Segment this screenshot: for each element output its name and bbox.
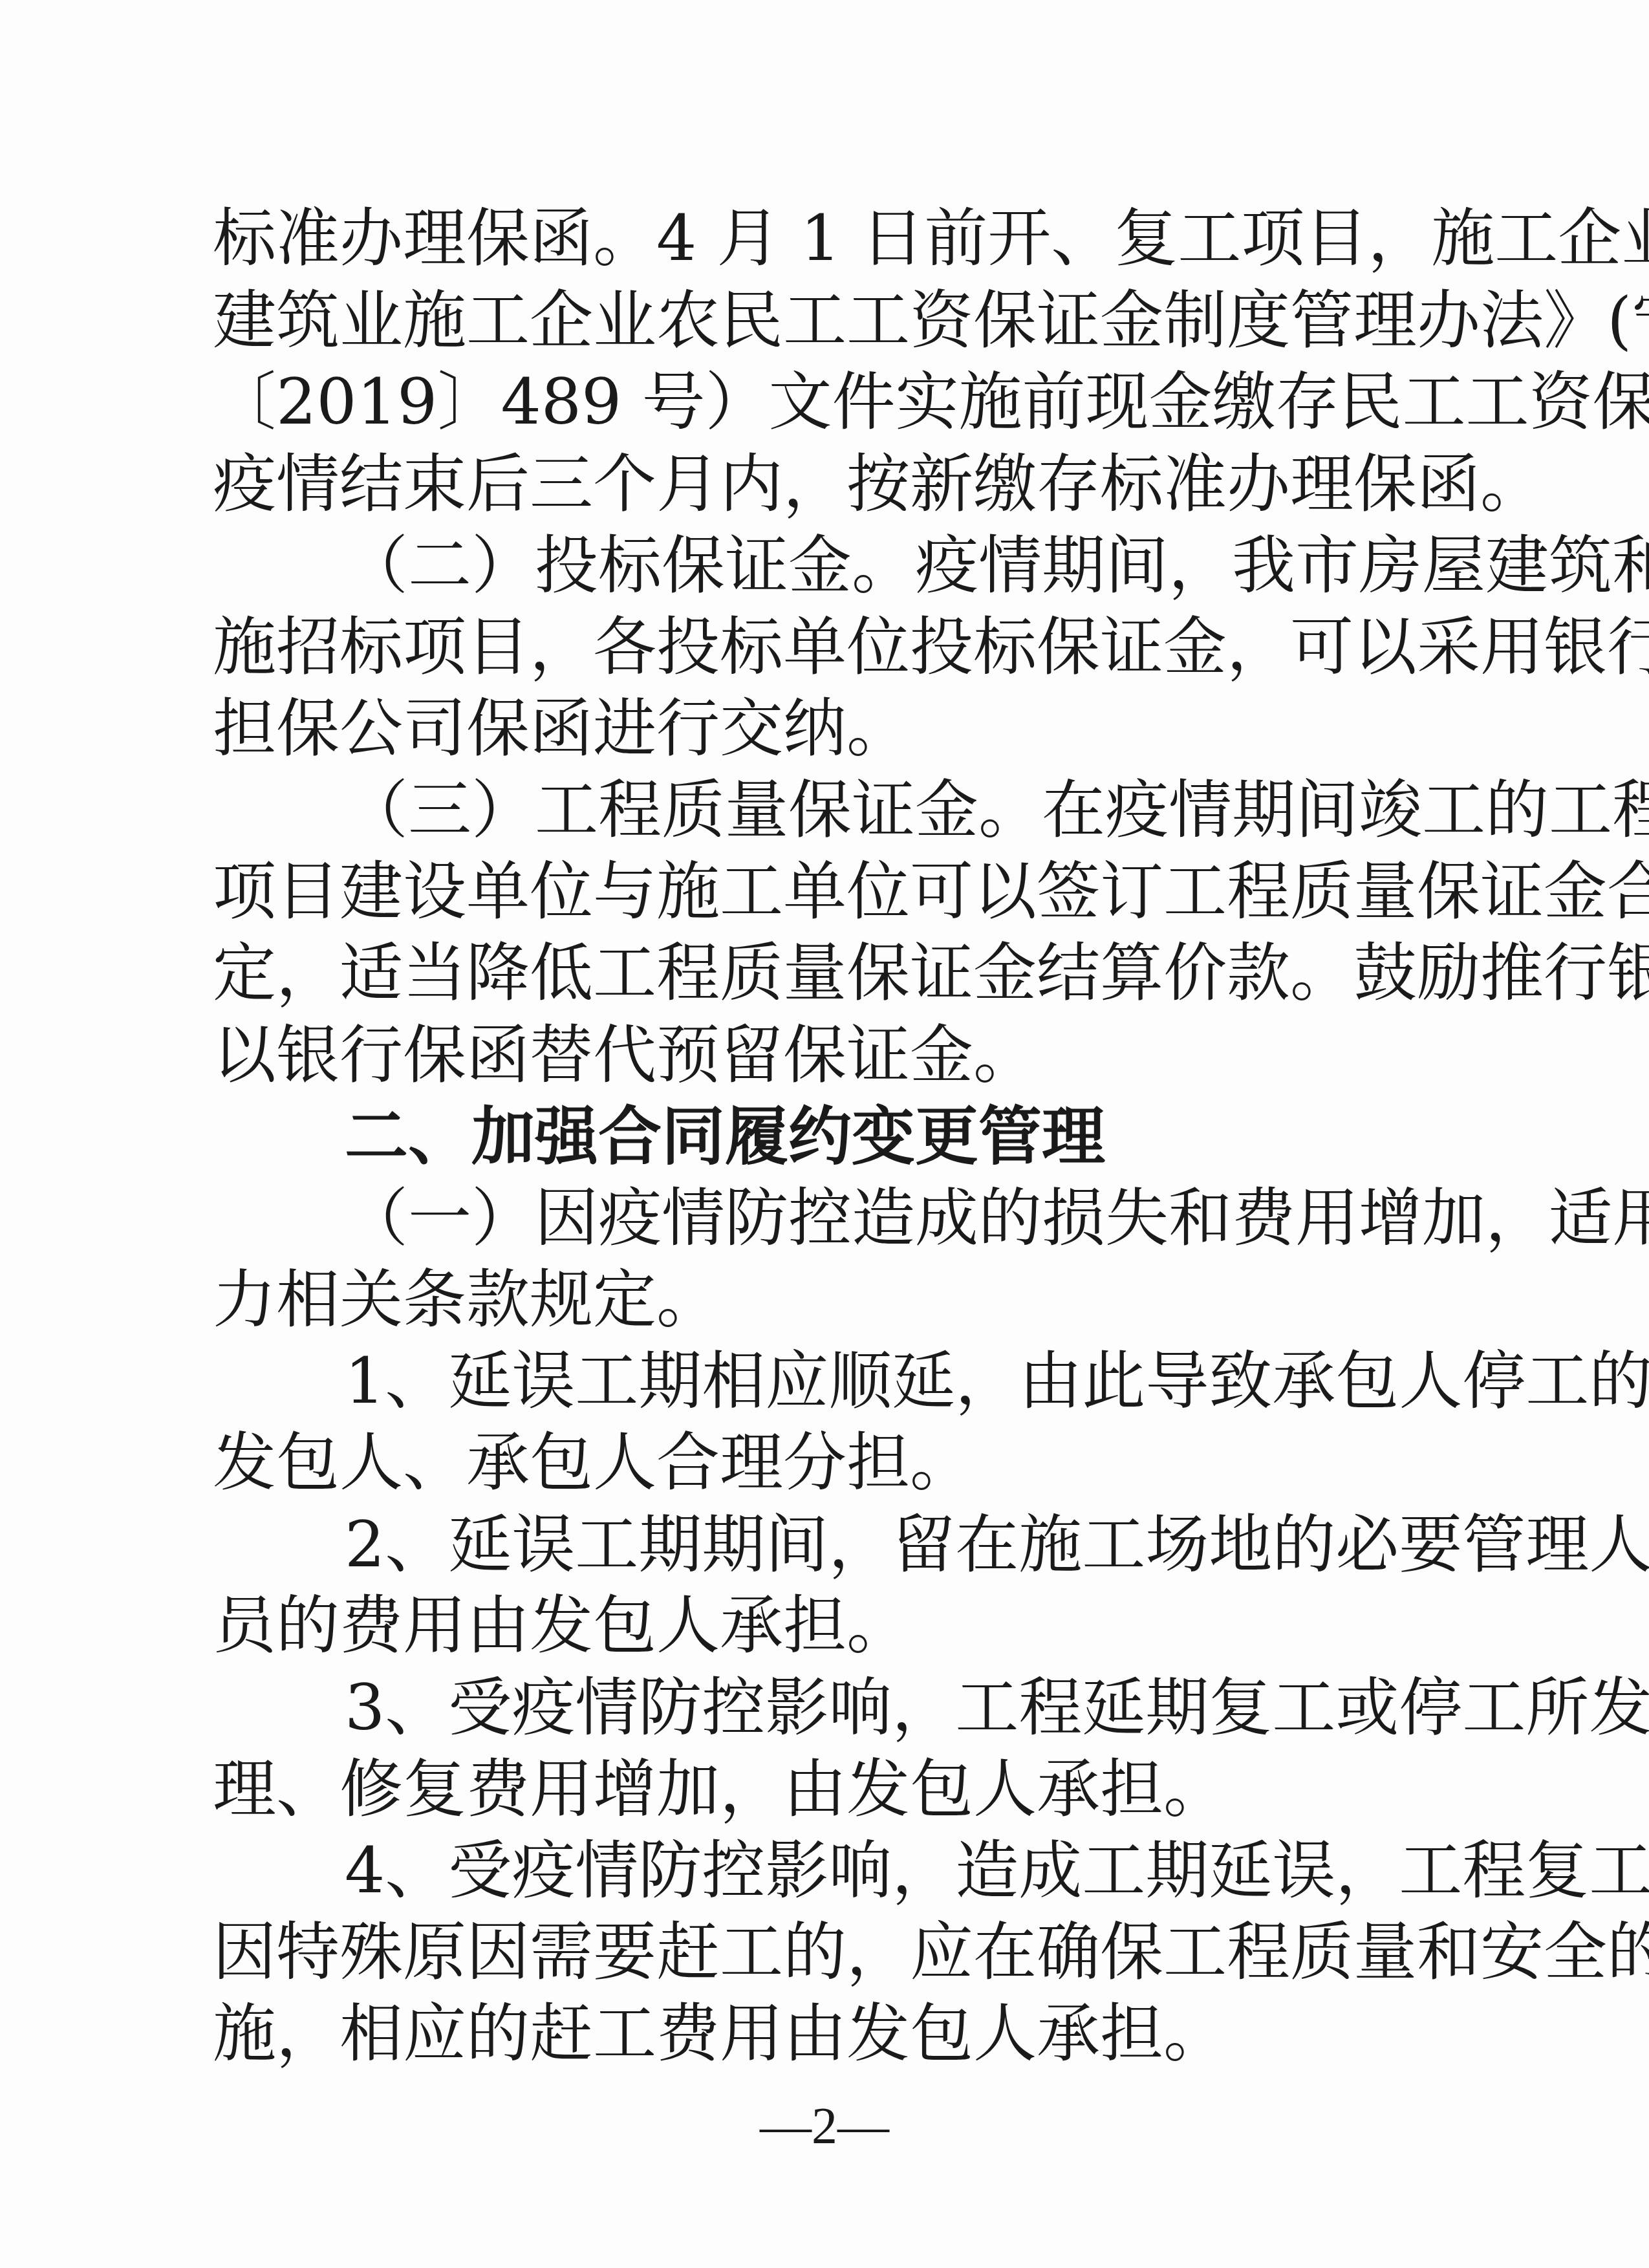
text-line: 员的费用由发包人承担。 [213, 1585, 1400, 1667]
text-line: 定，适当降低工程质量保证金结算价款。鼓励推行银行保函制度， [213, 933, 1400, 1015]
text-line: 项目建设单位与施工单位可以签订工程质量保证金合同补充约 [213, 851, 1400, 933]
text-line: 施，相应的赶工费用由发包人承担。 [213, 1993, 1400, 2075]
text-line: 4、受疫情防控影响，造成工期延误，工程复工后发包人确 [345, 1830, 1400, 1912]
text-line: （一）因疫情防控造成的损失和费用增加，适用合同不可抗 [345, 1178, 1400, 1260]
text-line: 3、受疫情防控影响，工程延期复工或停工所发生的工程清 [345, 1667, 1400, 1749]
text-line: 建筑业施工企业农民工工资保证金制度管理办法》(宁建建监字 [213, 280, 1400, 362]
text-line: （二）投标保证金。疫情期间，我市房屋建筑和市政基础设 [345, 525, 1400, 607]
text-line: 力相关条款规定。 [213, 1259, 1400, 1341]
text-line: 以银行保函替代预留保证金。 [213, 1015, 1400, 1097]
page-number: —2— [0, 2101, 1649, 2152]
text-line: 担保公司保函进行交纳。 [213, 688, 1400, 770]
text-line: （三）工程质量保证金。在疫情期间竣工的工程项目，工程 [345, 770, 1400, 852]
text-line: 因特殊原因需要赶工的，应在确保工程质量和安全的情况下实 [213, 1912, 1400, 1994]
text-line: 施招标项目，各投标单位投标保证金，可以采用银行保函、工程 [213, 607, 1400, 689]
document-page: 标准办理保函。4 月 1 日前开、复工项目，施工企业在《南京市建筑业施工企业农民… [0, 0, 1649, 2268]
text-line: 2、延误工期期间，留在施工场地的必要管理人员和保卫人 [345, 1504, 1400, 1586]
text-line: 1、延误工期相应顺延，由此导致承包人停工的费用损失由 [345, 1341, 1400, 1423]
text-line: 理、修复费用增加，由发包人承担。 [213, 1749, 1400, 1831]
section-heading: 二、加强合同履约变更管理 [345, 1096, 1400, 1178]
text-line: 发包人、承包人合理分担。 [213, 1422, 1400, 1504]
text-line: 疫情结束后三个月内，按新缴存标准办理保函。 [213, 444, 1400, 526]
text-line: 标准办理保函。4 月 1 日前开、复工项目，施工企业在《南京市 [213, 198, 1400, 280]
text-line: 〔2019〕489 号）文件实施前现金缴存民工工资保证金全额退还， [213, 362, 1400, 444]
